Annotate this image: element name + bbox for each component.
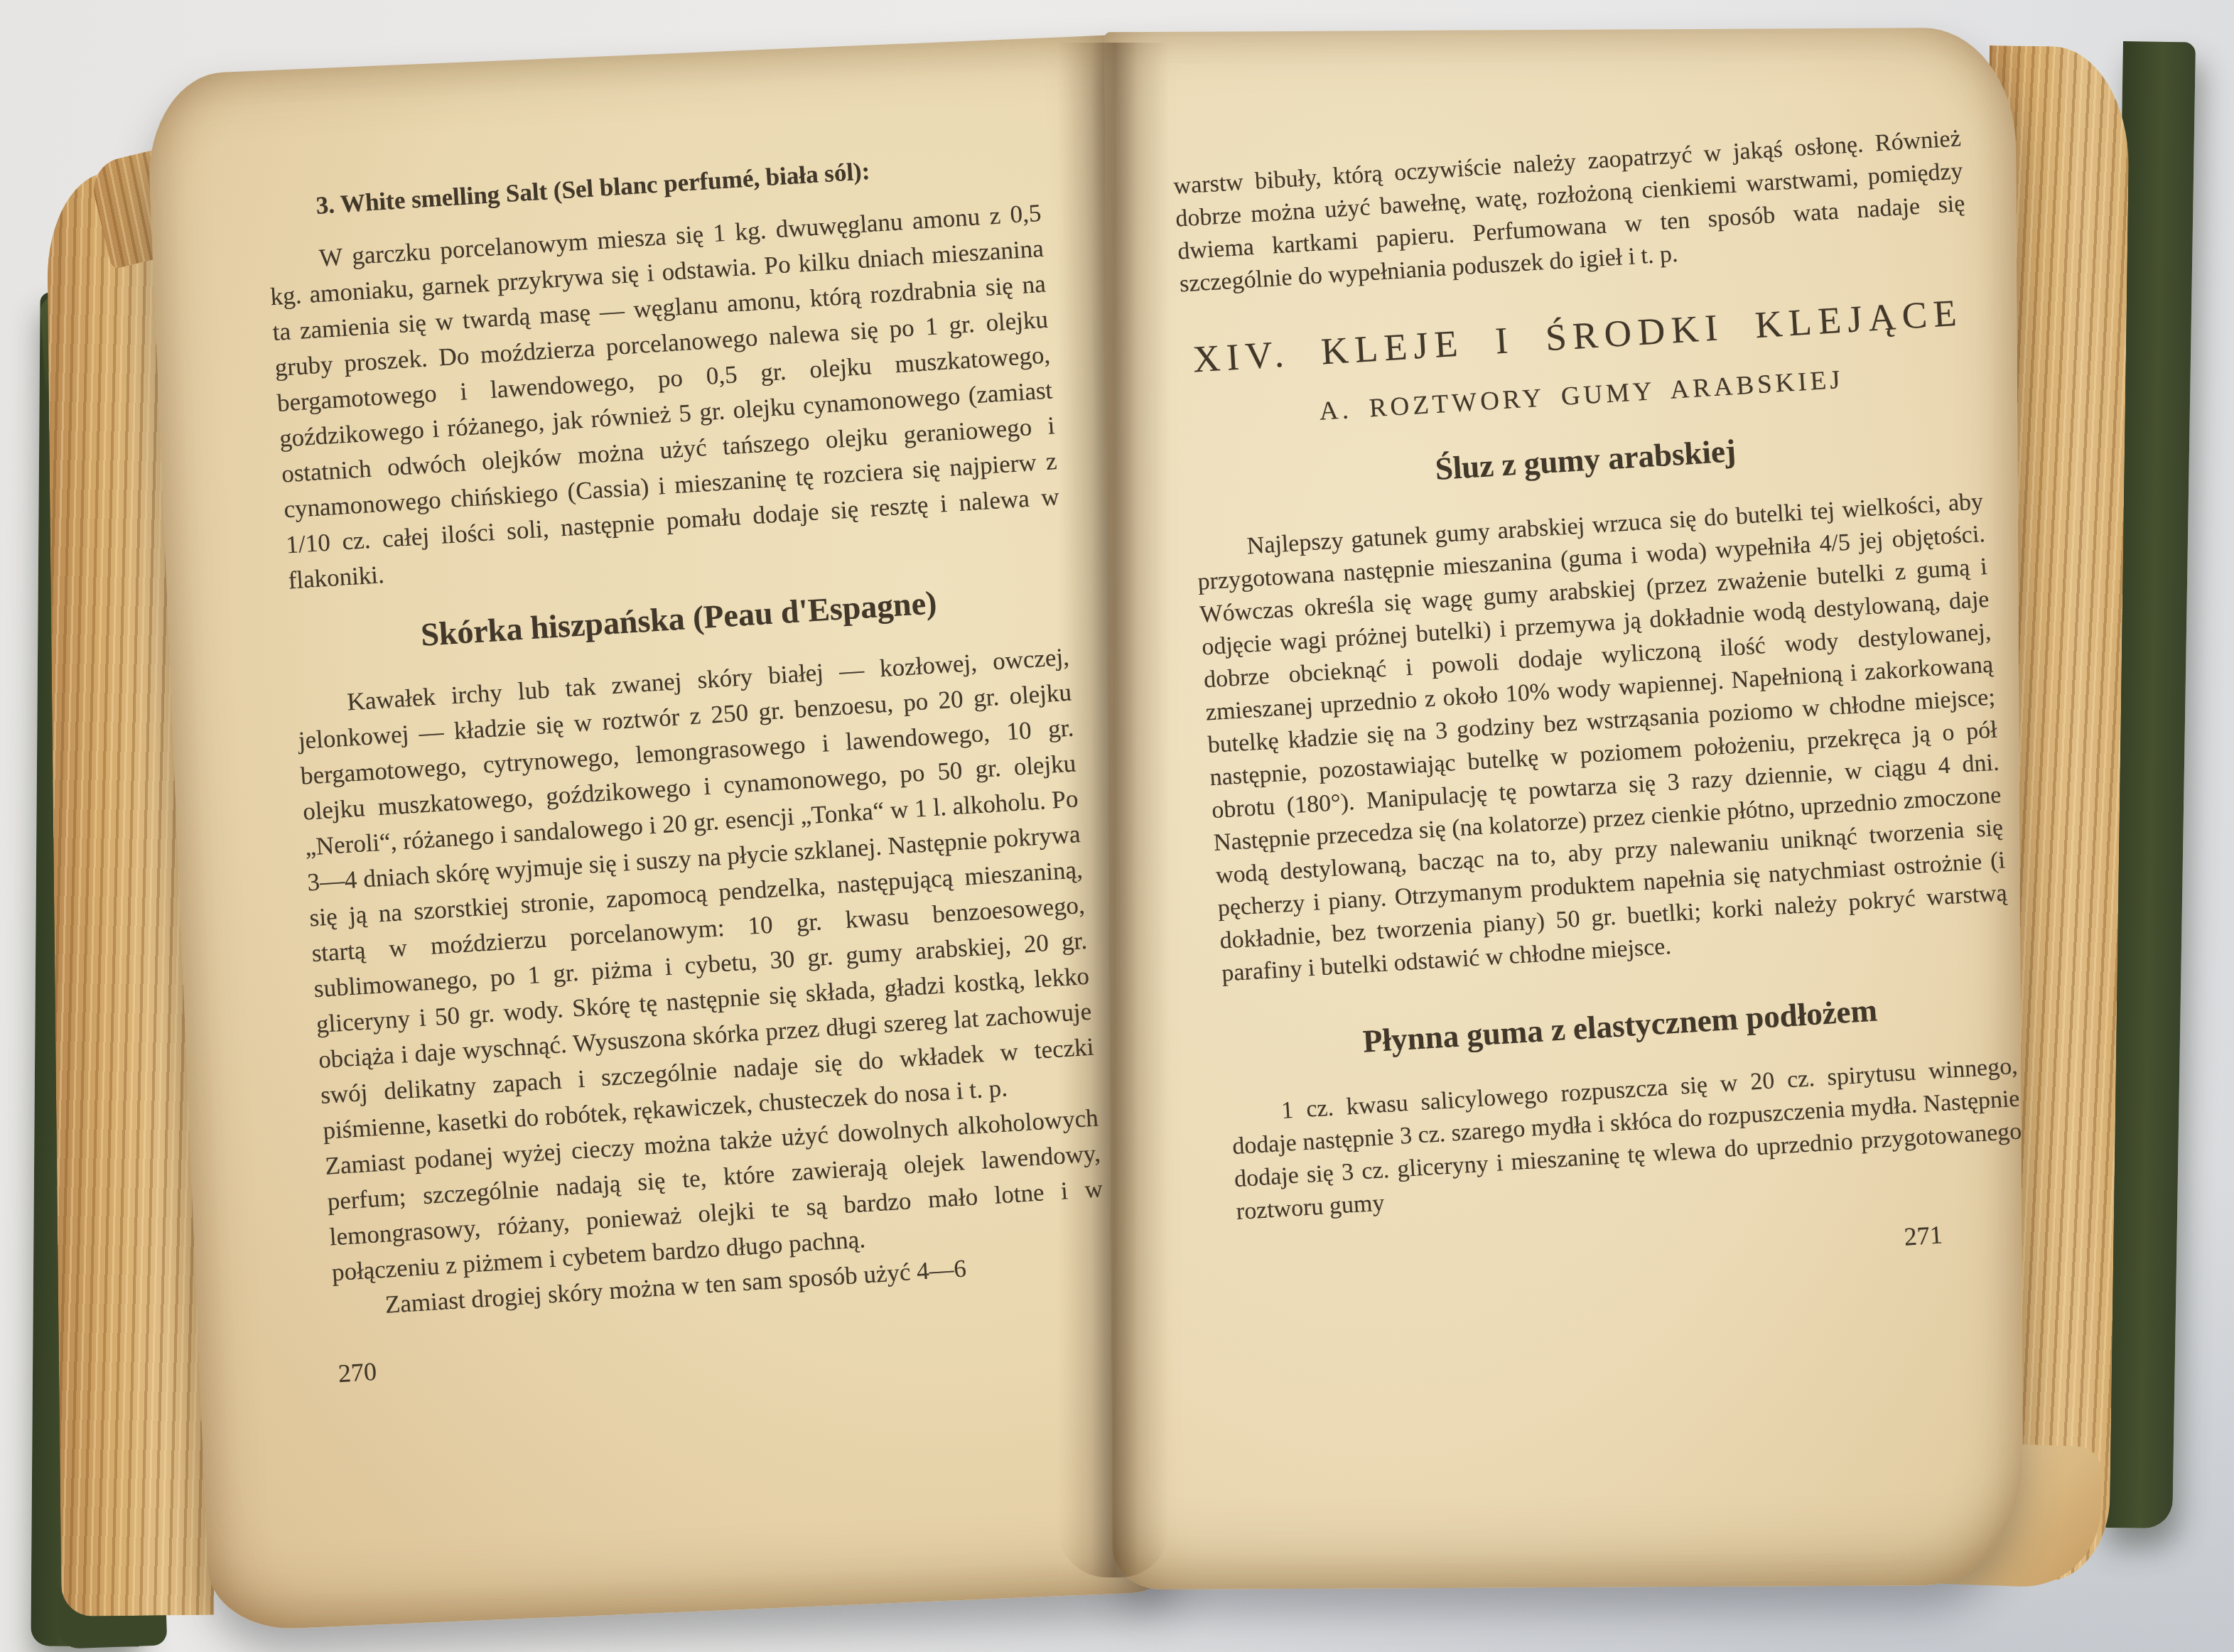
book-photo: 3. White smelling Salt (Sel blanc perfum… [0, 0, 2234, 1652]
skorka-paragraph: Kawałek irchy lub tak zwanej skóry białe… [295, 639, 1097, 1149]
left-page: 3. White smelling Salt (Sel blanc perfum… [145, 35, 1180, 1631]
right-page: warstw bibuły, którą oczywiście należy z… [1104, 28, 2023, 1590]
left-page-text-column: 3. White smelling Salt (Sel blanc perfum… [264, 143, 1112, 1391]
sluz-heading: Śluz z gumy arabskiej [1191, 417, 1980, 502]
left-page-number: 270 [337, 1307, 1112, 1391]
salt-paragraph: W garczku porcelanowym miesza się 1 kg. … [267, 195, 1062, 598]
plynna-heading: Płynna guma z elastycznem podłożem [1225, 983, 2014, 1069]
sluz-paragraph: Najlepszy gatunek gumy arabskiej wrzuca … [1195, 485, 2010, 990]
plynna-paragraph: 1 cz. kwasu salicylowego rozpuszcza się … [1229, 1050, 2024, 1229]
right-page-number: 271 [1239, 1213, 2029, 1294]
intro-paragraph: warstw bibuły, którą oczywiście należy z… [1172, 122, 1968, 301]
right-page-text-column: warstw bibuły, którą oczywiście należy z… [1172, 122, 2029, 1294]
